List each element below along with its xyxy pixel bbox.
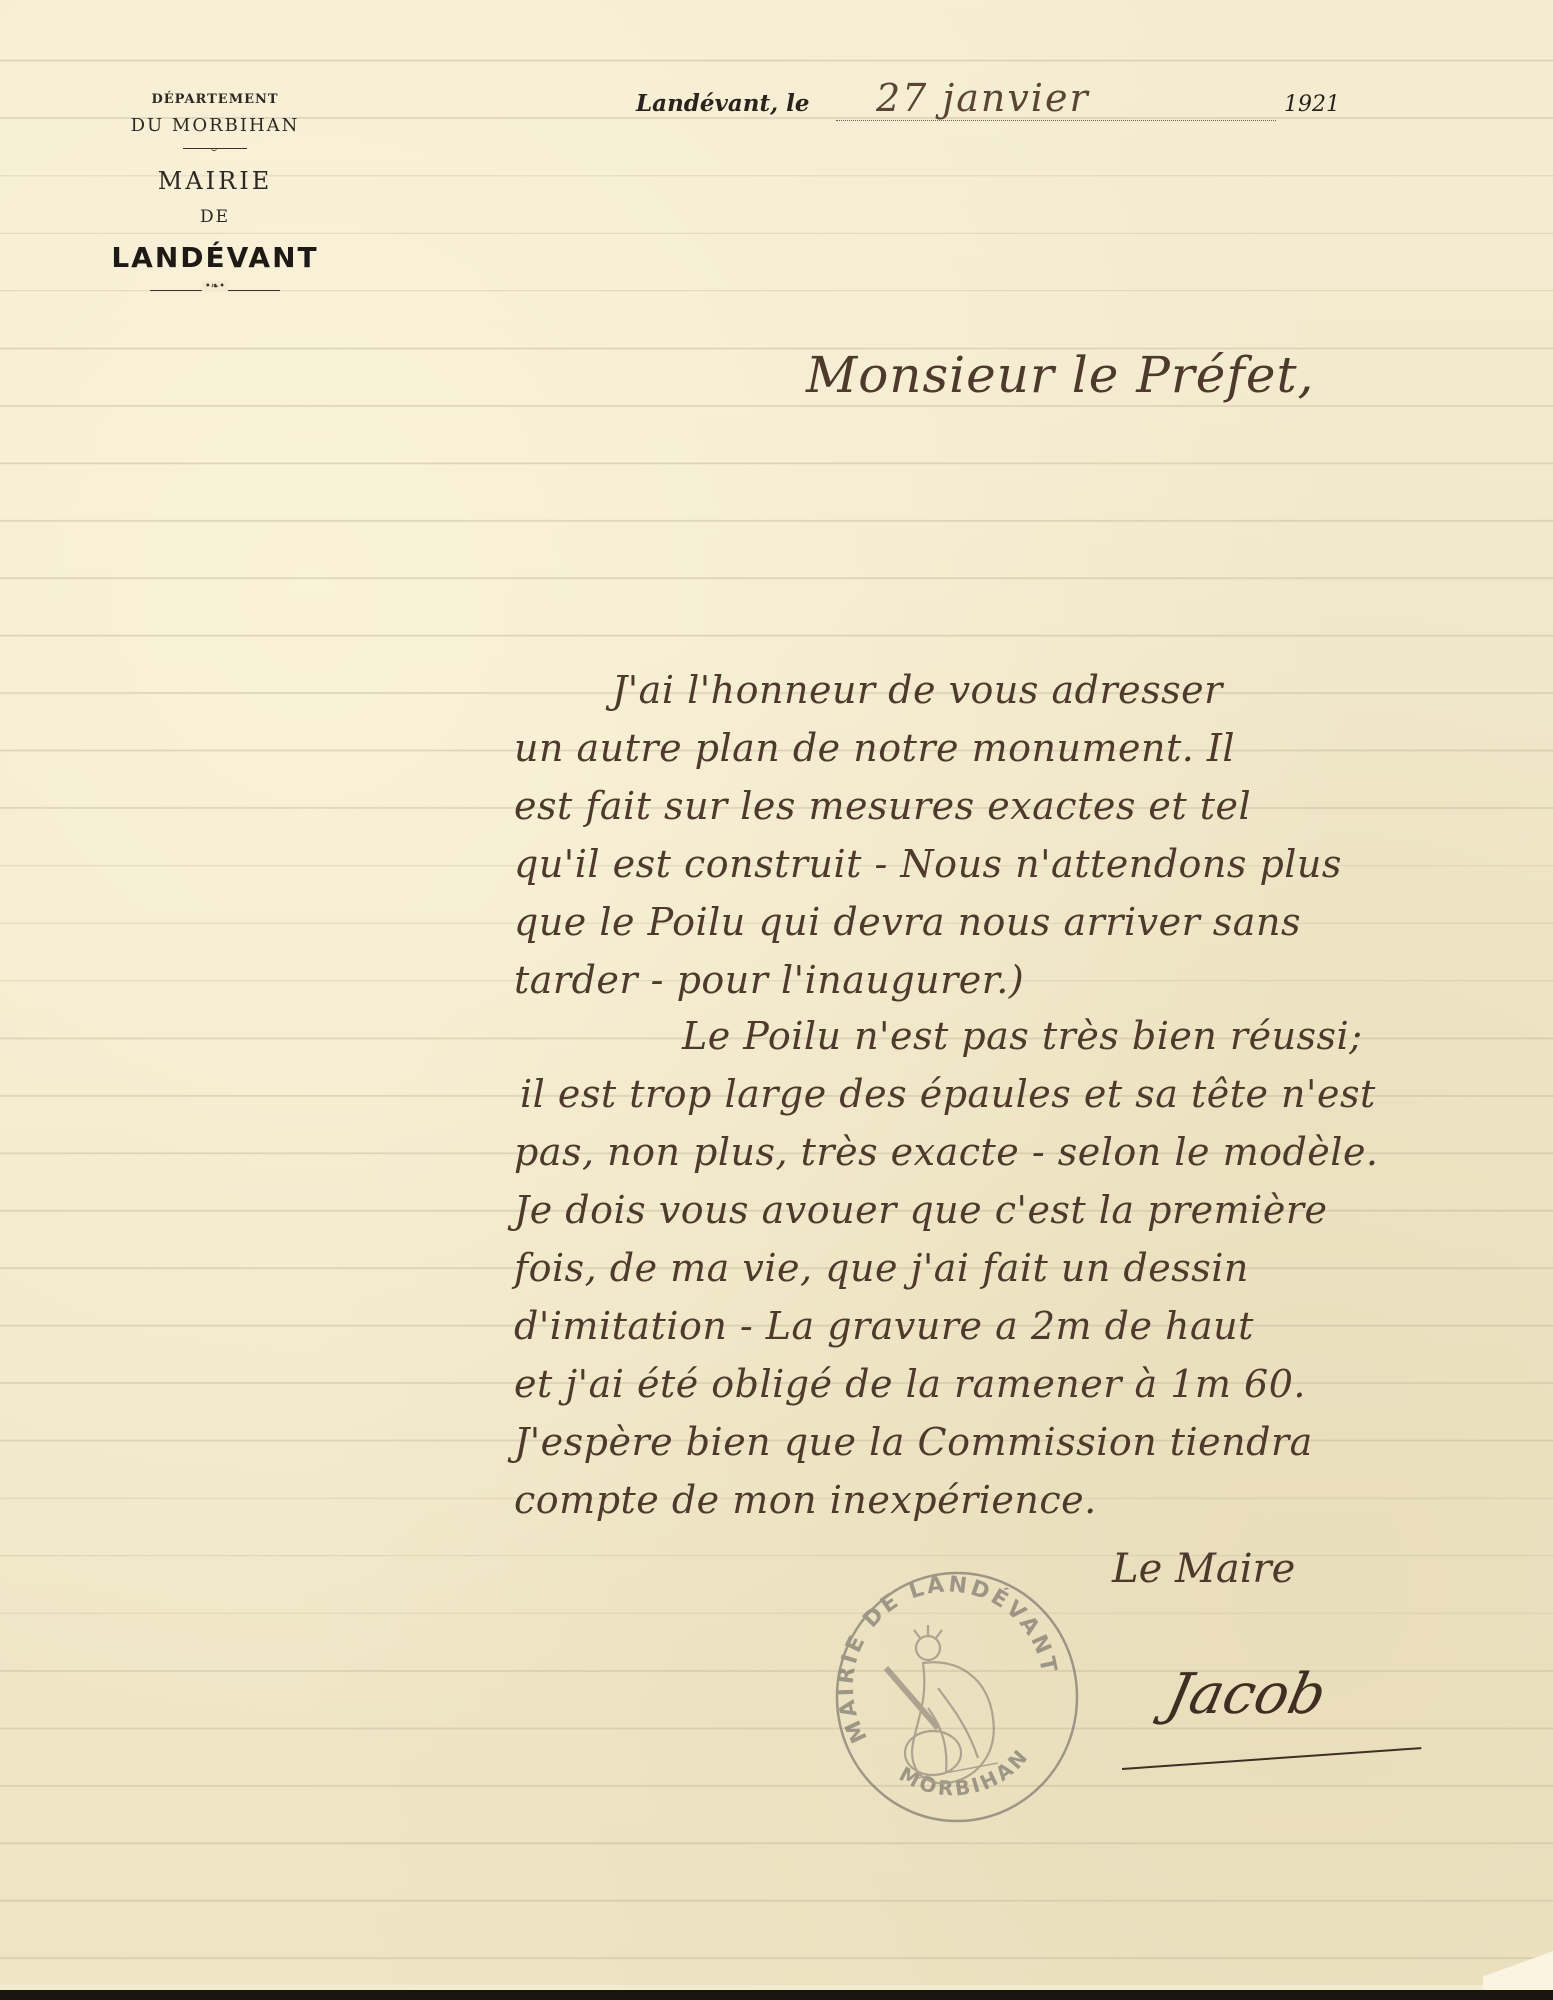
date-handwritten: 27 janvier — [876, 76, 1090, 120]
stamp-top-text: MAIRIE DE LANDÉVANT — [834, 1572, 1062, 1746]
body-line: Le Poilu n'est pas très bien réussi; — [682, 1014, 1363, 1058]
salutation: Monsieur le Préfet, — [806, 346, 1314, 404]
body-line: fois, de ma vie, que j'ai fait un dessin — [514, 1246, 1249, 1290]
body-line: il est trop large des épaules et sa tête… — [520, 1072, 1376, 1116]
body-line: Je dois vous avouer que c'est la premièr… — [514, 1188, 1327, 1232]
page-corner-fold — [1483, 1950, 1553, 1990]
date-year: 1921 — [1284, 92, 1340, 117]
body-line: que le Poilu qui devra nous arriver sans — [514, 900, 1301, 944]
letterhead-divider — [183, 148, 247, 149]
signature-underline — [1122, 1747, 1421, 1770]
body-line: d'imitation - La gravure a 2m de haut — [514, 1304, 1254, 1348]
letterhead: DÉPARTEMENT DU MORBIHAN MAIRIE DE LANDÉV… — [90, 92, 340, 291]
body-line: et j'ai été obligé de la ramener à 1m 60… — [514, 1362, 1306, 1406]
letterhead-preposition: DE — [90, 207, 340, 227]
letterhead-ornament-divider — [150, 290, 280, 291]
scan-bottom-edge — [0, 1990, 1553, 2000]
letterhead-office: MAIRIE — [90, 167, 340, 195]
stamp-seal-icon: MAIRIE DE LANDÉVANT MORBIHAN — [828, 1568, 1086, 1826]
date-place: Landévant, le — [636, 90, 810, 117]
signature: Jacob — [1150, 1640, 1480, 1790]
svg-text:MAIRIE DE LANDÉVANT: MAIRIE DE LANDÉVANT — [834, 1572, 1062, 1746]
body-line: est fait sur les mesures exactes et tel — [514, 784, 1251, 828]
letterhead-commune: LANDÉVANT — [90, 241, 340, 274]
body-line: qu'il est construit - Nous n'attendons p… — [514, 842, 1342, 886]
body-line: pas, non plus, très exacte - selon le mo… — [514, 1130, 1379, 1174]
svg-text:MORBIHAN: MORBIHAN — [895, 1743, 1034, 1800]
date-dotted-field: 27 janvier — [836, 84, 1276, 121]
signature-text: Jacob — [1161, 1662, 1332, 1727]
body-line: J'espère bien que la Commission tiendra — [514, 1420, 1313, 1464]
body-line: J'ai l'honneur de vous adresser — [612, 668, 1223, 712]
closing-title: Le Maire — [1112, 1546, 1295, 1592]
body-line: compte de mon inexpérience. — [514, 1478, 1097, 1522]
body-line: un autre plan de notre monument. Il — [514, 726, 1235, 770]
stamp-bottom-text: MORBIHAN — [895, 1743, 1034, 1800]
dateline: Landévant, le 27 janvier 1921 — [636, 84, 1336, 144]
mairie-stamp: MAIRIE DE LANDÉVANT MORBIHAN — [828, 1568, 1086, 1826]
letterhead-department-label: DÉPARTEMENT — [90, 92, 340, 107]
body-line: tarder - pour l'inaugurer.) — [514, 958, 1024, 1002]
letterhead-department-name: DU MORBIHAN — [90, 115, 340, 136]
